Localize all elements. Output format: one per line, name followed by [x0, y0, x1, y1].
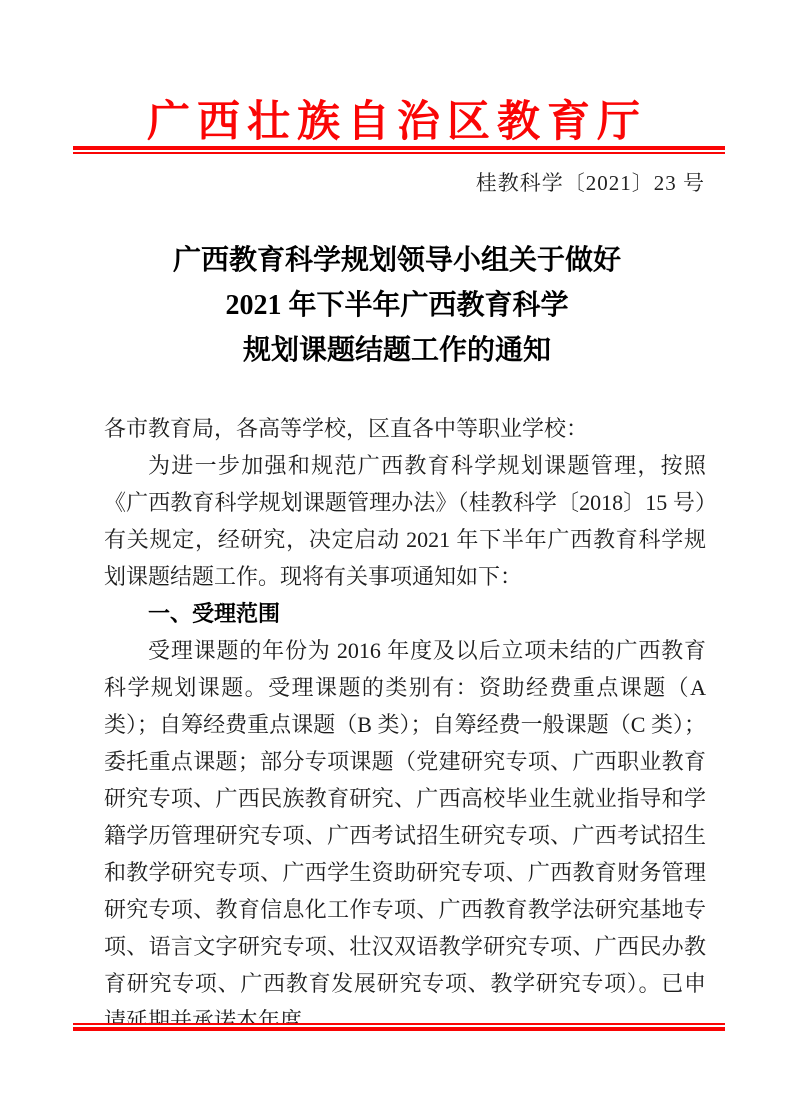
salutation: 各市教育局，各高等学校，区直各中等职业学校： — [104, 410, 706, 447]
header-rule — [73, 146, 725, 154]
document-title: 广西教育科学规划领导小组关于做好 2021 年下半年广西教育科学 规划课题结题工… — [0, 238, 794, 373]
intro-paragraph: 为进一步加强和规范广西教育科学规划课题管理，按照《广西教育科学规划课题管理办法》… — [104, 447, 706, 595]
header-rule-thin-line — [73, 152, 725, 154]
document-body: 各市教育局，各高等学校，区直各中等职业学校： 为进一步加强和规范广西教育科学规划… — [104, 410, 706, 1039]
title-line-2: 2021 年下半年广西教育科学 — [0, 283, 794, 328]
footer-rule-thick-line — [73, 1027, 725, 1031]
section-heading: 一、受理范围 — [104, 595, 706, 632]
title-line-1: 广西教育科学规划领导小组关于做好 — [0, 238, 794, 283]
doc-number: 桂教科学〔2021〕23 号 — [476, 167, 705, 197]
footer-rule — [73, 1023, 725, 1031]
title-line-3: 规划课题结题工作的通知 — [0, 328, 794, 373]
document-page: 广西壮族自治区教育厅 桂教科学〔2021〕23 号 广西教育科学规划领导小组关于… — [0, 0, 794, 1108]
agency-name: 广西壮族自治区教育厅 — [0, 88, 794, 149]
section-paragraph: 受理课题的年份为 2016 年度及以后立项未结的广西教育科学规划课题。受理课题的… — [104, 632, 706, 1039]
